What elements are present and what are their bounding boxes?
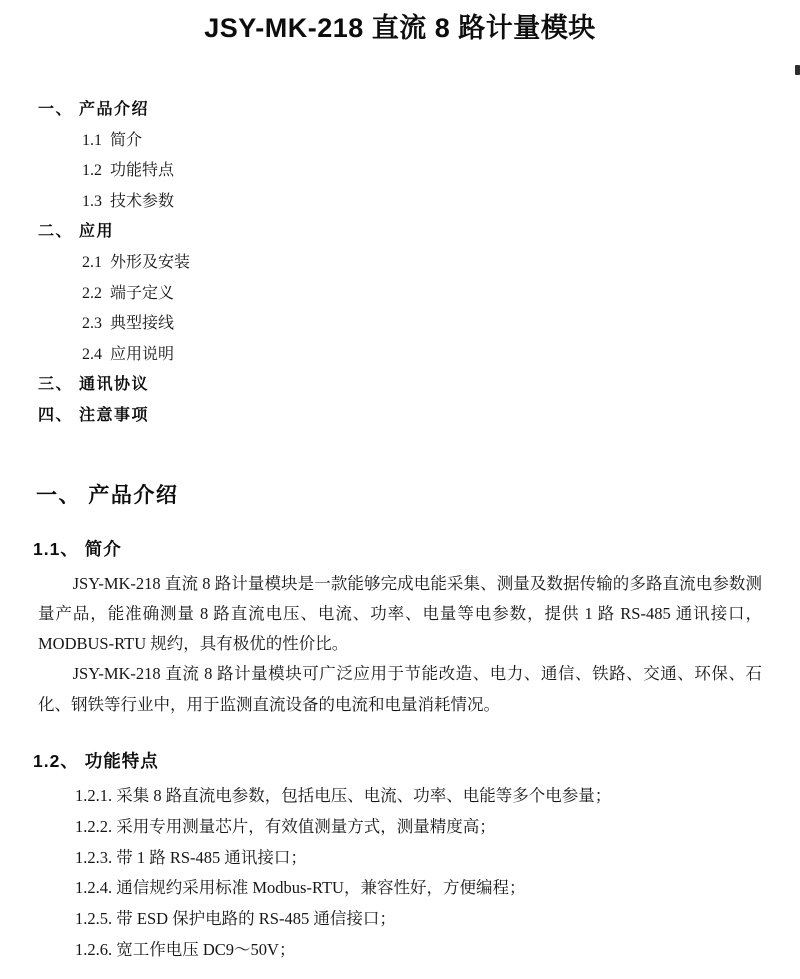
toc-entry-application: 二、 应用	[38, 217, 800, 248]
subsection-heading-brief: 1.1、 简介	[33, 538, 800, 560]
toc-entry-comm-protocol: 三、 通讯协议	[38, 370, 800, 401]
table-of-contents: 一、 产品介绍 1.1 简介 1.2 功能特点 1.3 技术参数 二、 应用 2…	[38, 95, 800, 432]
feature-item-1: 1.2.1. 采集 8 路直流电参数，包括电压、电流、功率、电能等多个电参量；	[75, 781, 762, 812]
brief-paragraph-2: JSY-MK-218 直流 8 路计量模块可广泛应用于节能改造、电力、通信、铁路…	[38, 659, 762, 720]
toc-entry-features: 1.2 功能特点	[82, 156, 800, 187]
toc-entry-tech-params: 1.3 技术参数	[82, 187, 800, 218]
subsection-heading-features: 1.2、 功能特点	[33, 750, 800, 772]
brief-paragraph-1: JSY-MK-218 直流 8 路计量模块是一款能够完成电能采集、测量及数据传输…	[38, 569, 762, 660]
feature-item-5: 1.2.5. 带 ESD 保护电路的 RS-485 通信接口；	[75, 904, 762, 935]
scan-edge-artifact	[795, 65, 800, 75]
document-title: JSY-MK-218 直流 8 路计量模块	[0, 0, 800, 45]
section-product-intro: 一、 产品介绍 1.1、 简介 JSY-MK-218 直流 8 路计量模块是一款…	[0, 484, 800, 966]
feature-item-2: 1.2.2. 采用专用测量芯片，有效值测量方式，测量精度高；	[75, 812, 762, 843]
toc-entry-brief: 1.1 简介	[82, 126, 800, 157]
toc-entry-product-intro: 一、 产品介绍	[38, 95, 800, 126]
feature-item-6: 1.2.6. 宽工作电压 DC9～50V；	[75, 935, 762, 966]
feature-list: 1.2.1. 采集 8 路直流电参数，包括电压、电流、功率、电能等多个电参量； …	[0, 781, 800, 966]
toc-entry-terminal-def: 2.2 端子定义	[82, 279, 800, 310]
section-heading-product-intro: 一、 产品介绍	[36, 484, 800, 508]
toc-entry-usage-notes: 2.4 应用说明	[82, 340, 800, 371]
toc-entry-typical-wiring: 2.3 典型接线	[82, 309, 800, 340]
feature-item-3: 1.2.3. 带 1 路 RS-485 通讯接口；	[75, 843, 762, 874]
feature-item-4: 1.2.4. 通信规约采用标准 Modbus-RTU，兼容性好，方便编程；	[75, 873, 762, 904]
document-page: JSY-MK-218 直流 8 路计量模块 一、 产品介绍 1.1 简介 1.2…	[0, 0, 800, 979]
toc-entry-shape-install: 2.1 外形及安装	[82, 248, 800, 279]
toc-entry-precautions: 四、 注意事项	[38, 401, 800, 432]
